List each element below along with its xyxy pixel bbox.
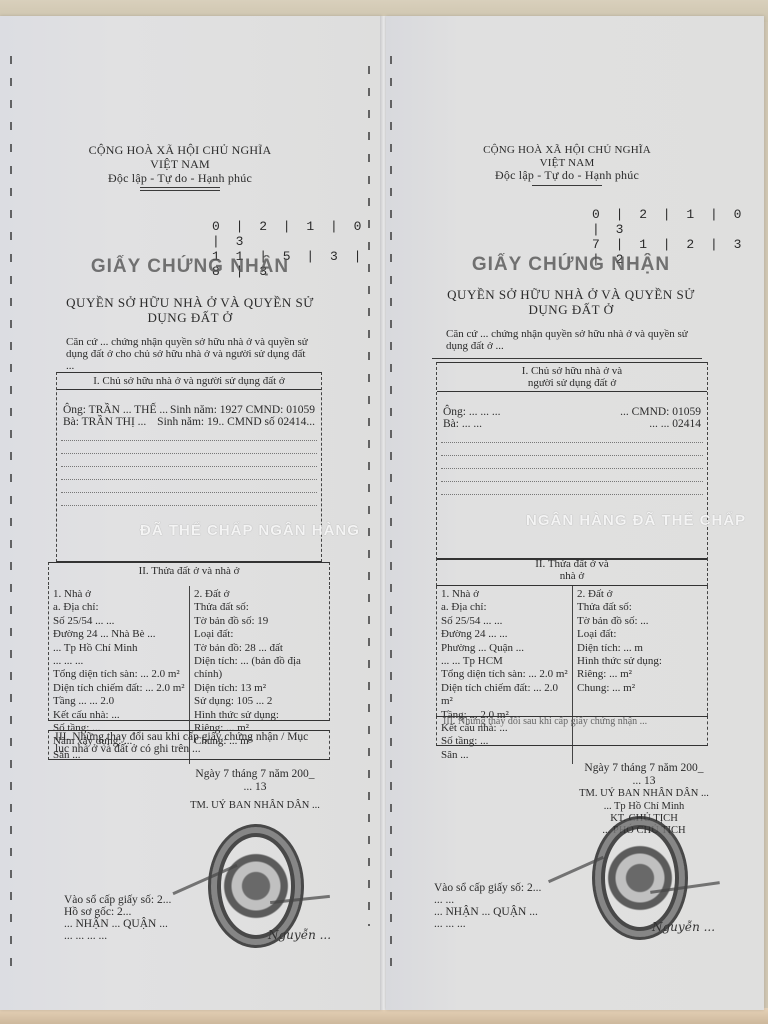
house-spec-line-5: ... ... Tp HCM (441, 655, 568, 668)
owner-2-details: Sinh năm: 19.. CMND số 02414... (157, 416, 315, 428)
owner-2-name: Bà: ... ... (443, 418, 482, 430)
house-spec-line-0: 1. Nhà ở (53, 588, 185, 601)
sign-authority-line-1: TM. UỶ BAN NHÂN DÂN ... (564, 788, 724, 800)
section-divider (432, 358, 702, 359)
certificate-title: GIẤY CHỨNG NHẬN QUYỀN SỞ HỮU NHÀ Ở VÀ QU… (50, 256, 330, 326)
owner-2-name: Bà: TRẦN THỊ ... (63, 416, 146, 428)
mortgage-watermark: NGÂN HÀNG ĐÃ THẾ CHẤP (526, 512, 746, 529)
owner-line-2: Bà: TRẦN THỊ ... Sinh năm: 19.. CMND số … (57, 416, 321, 428)
land-spec-line-3: Loại đất: (194, 628, 325, 641)
title-sub: QUYỀN SỞ HỮU NHÀ Ở VÀ QUYỀN SỬ DỤNG ĐẤT … (50, 296, 330, 326)
blank-line (441, 456, 703, 469)
owner-line-1: Ông: TRẦN ... THẾ ... Sinh năm: 1927 CMN… (57, 404, 321, 416)
owner-section: I. Chủ sở hữu nhà ở và người sử dụng đất… (436, 362, 708, 560)
certificate-title: GIẤY CHỨNG NHẬN QUYỀN SỞ HỮU NHÀ Ở VÀ QU… (436, 254, 706, 318)
blank-line (61, 467, 317, 480)
header-motto: Độc lập - Tự do - Hạnh phúc (80, 172, 280, 186)
sign-date-line-2: ... 13 (564, 775, 724, 788)
mortgage-watermark: ĐÃ THẾ CHẤP NGÂN HÀNG (140, 522, 360, 539)
house-spec-line-6: Tổng diện tích sàn: ... 2.0 m² (441, 668, 568, 681)
land-spec-line-7: Chung: ... m² (577, 682, 703, 695)
title-main: GIẤY CHỨNG NHẬN (436, 254, 706, 276)
header-underline (140, 187, 220, 188)
land-spec-line-2: Tờ bản đồ số: 19 (194, 615, 325, 628)
land-spec-line-3: Loại đất: (577, 628, 703, 641)
owner-section-header-line-1: I. Chủ sở hữu nhà ở và (437, 365, 707, 377)
house-spec-line-6: Tổng diện tích sàn: ... 2.0 m² (53, 668, 185, 681)
property-section-header: II. Thửa đất ở và nhà ở (49, 563, 329, 579)
preamble: Căn cứ ... chứng nhận quyền sở hữu nhà ở… (446, 328, 696, 352)
house-spec-line-7: Diện tích chiếm đất: ... 2.0 m² (441, 682, 568, 709)
property-specs: 1. Nhà ởa. Địa chỉ:Số 25/54 ... ...Đường… (436, 586, 708, 716)
tablecloth-bottom (0, 1008, 768, 1024)
owner-1-details: Sinh năm: 1927 CMND: 01059 (170, 404, 315, 416)
registry-line-2: ... ... (434, 894, 541, 906)
house-spec-line-5: ... ... ... (53, 655, 185, 668)
header-underline (532, 185, 602, 186)
land-spec-line-1: Thửa đất số: (577, 601, 703, 614)
header-motto: Độc lập - Tự do - Hạnh phúc (482, 169, 652, 183)
registry-block: Vào sổ cấp giấy số: 2... ... ... ... NHẬ… (434, 882, 541, 930)
owner-section-header: I. Chủ sở hữu nhà ở và người sử dụng đất… (437, 363, 707, 392)
title-main: GIẤY CHỨNG NHẬN (50, 256, 330, 278)
land-spec-line-6: Diện tích: 13 m² (194, 682, 325, 695)
perforation-left-edge (10, 56, 12, 976)
owner-section-header: I. Chủ sở hữu nhà ở và người sử dụng đất… (57, 373, 321, 390)
sign-date-line-2: ... 13 (180, 781, 330, 794)
house-spec-line-2: Số 25/54 ... ... (441, 615, 568, 628)
sign-authority: TM. UỶ BAN NHÂN DÂN ... (180, 800, 330, 812)
owner-1-name: Ông: ... ... ... (443, 406, 501, 418)
land-spec-line-4: Tờ bản đồ: 28 ... đất (194, 642, 325, 655)
perforation-left-edge (390, 56, 392, 976)
house-spec-line-4: ... Tp Hồ Chí Minh (53, 642, 185, 655)
registry-line-4: ... ... ... (434, 918, 541, 930)
blank-line (61, 428, 317, 441)
property-section-header-box: II. Thửa đất ở và nhà ở (436, 558, 708, 586)
serial-number-top: 0 | 2 | 1 | 0 | 3 (592, 208, 764, 238)
registry-line-1: Vào sổ cấp giấy số: 2... (64, 894, 171, 906)
signature: Nguyễn ... (652, 920, 715, 934)
house-spec-line-0: 1. Nhà ở (441, 588, 568, 601)
land-spec-line-0: 2. Đất ở (194, 588, 325, 601)
changes-note: III. Những thay đổi sau khi cấp giấy chứ… (49, 731, 329, 755)
serial-number-top: 0 | 2 | 1 | 0 | 3 (212, 220, 382, 250)
owner-2-details: ... ... 02414 (649, 418, 701, 430)
property-section-header-box: II. Thửa đất ở và nhà ở (48, 562, 330, 585)
national-header: CỘNG HOÀ XÃ HỘI CHỦ NGHĨA VIỆT NAM Độc l… (80, 144, 280, 193)
house-spec-line-8: Tầng ... ... 2.0 (53, 695, 185, 708)
preamble: Căn cứ ... chứng nhận quyền sở hữu nhà ở… (66, 336, 316, 372)
property-section-header-line-2: nhà ở (437, 571, 707, 583)
property-section-header-line-1: II. Thửa đất ở và (437, 559, 707, 571)
changes-note: III. Những thay đổi sau khi cấp giấy chứ… (437, 717, 707, 728)
sign-date-line-1: Ngày 7 tháng 7 năm 200_ (180, 768, 330, 781)
blank-line (441, 443, 703, 456)
registry-line-4: ... ... ... ... (64, 930, 171, 942)
house-spec-line-4: Phường ... Quận ... (441, 642, 568, 655)
property-specs: 1. Nhà ởa. Địa chỉ:Số 25/54 ... ...Đường… (48, 586, 330, 721)
land-spec-line-2: Tờ bản đồ số: ... (577, 615, 703, 628)
land-spec-line-5: Hình thức sử dụng: (577, 655, 703, 668)
header-line-1: CỘNG HOÀ XÃ HỘI CHỦ NGHĨA VIỆT NAM (482, 144, 652, 169)
registry-line-1: Vào sổ cấp giấy số: 2... (434, 882, 541, 894)
land-spec-line-7: Sử dụng: 105 ... 2 (194, 695, 325, 708)
registry-line-3: ... NHẬN ... QUẬN ... (64, 918, 171, 930)
house-spec-line-2: Số 25/54 ... ... (53, 615, 185, 628)
title-sub: QUYỀN SỞ HỮU NHÀ Ở VÀ QUYỀN SỬ DỤNG ĐẤT … (436, 288, 706, 318)
house-spec-line-3: Đường 24 ... Nhà Bè ... (53, 628, 185, 641)
owner-line-2: Bà: ... ... ... ... 02414 (437, 418, 707, 430)
blank-line (441, 482, 703, 495)
house-spec-line-1: a. Địa chỉ: (53, 601, 185, 614)
house-spec-line-1: a. Địa chỉ: (441, 601, 568, 614)
perforation-right-edge (368, 66, 370, 926)
blank-line (61, 480, 317, 493)
left-page: CỘNG HOÀ XÃ HỘI CHỦ NGHĨA VIỆT NAM Độc l… (0, 16, 382, 1010)
owner-line-1: Ông: ... ... ... ... CMND: 01059 (437, 406, 707, 418)
blank-line (441, 430, 703, 443)
signing-block: Ngày 7 tháng 7 năm 200_ ... 13 TM. UỶ BA… (180, 768, 330, 813)
registry-line-2: Hồ sơ gốc: 2... (64, 906, 171, 918)
registry-line-3: ... NHẬN ... QUẬN ... (434, 906, 541, 918)
owner-1-name: Ông: TRẦN ... THẾ ... (63, 404, 168, 416)
land-spec-line-6: Riêng: ... m² (577, 668, 703, 681)
right-page: CỘNG HOÀ XÃ HỘI CHỦ NGHĨA VIỆT NAM Độc l… (386, 16, 764, 1010)
blank-line (61, 493, 317, 506)
header-line-2: VIỆT NAM (80, 158, 280, 172)
house-spec-line-7: Diện tích chiếm đất: ... 2.0 m² (53, 682, 185, 695)
changes-note-box: III. Những thay đổi sau khi cấp giấy chứ… (436, 716, 708, 746)
owner-section-header-line-2: người sử dụng đất ở (437, 377, 707, 389)
signature: Nguyễn ... (268, 928, 331, 942)
land-spec-line-0: 2. Đất ở (577, 588, 703, 601)
house-spec-line-9: Kết cấu nhà: ... (53, 709, 185, 722)
land-spec-line-1: Thửa đất số: (194, 601, 325, 614)
land-spec-line-5: Diện tích: ... (bản đồ địa chính) (194, 655, 325, 682)
house-spec-line-3: Đường 24 ... ... (441, 628, 568, 641)
land-spec-line-8: Hình thức sử dụng: (194, 709, 325, 722)
sign-date-line-1: Ngày 7 tháng 7 năm 200_ (564, 762, 724, 775)
land-spec-line-4: Diện tích: ... m (577, 642, 703, 655)
header-line-1: CỘNG HOÀ XÃ HỘI CHỦ NGHĨA (80, 144, 280, 158)
house-spec-line-11: Sân ... (441, 749, 568, 762)
property-section-header: II. Thửa đất ở và nhà ở (437, 559, 707, 582)
blank-line (61, 441, 317, 454)
sign-authority-line-2: ... Tp Hồ Chí Minh (564, 801, 724, 813)
blank-line (441, 469, 703, 482)
national-header: CỘNG HOÀ XÃ HỘI CHỦ NGHĨA VIỆT NAM Độc l… (482, 144, 652, 188)
blank-line (61, 454, 317, 467)
header-underline-2 (140, 190, 220, 191)
registry-block: Vào sổ cấp giấy số: 2... Hồ sơ gốc: 2...… (64, 894, 171, 942)
changes-note-box: III. Những thay đổi sau khi cấp giấy chứ… (48, 730, 330, 760)
owner-1-details: ... CMND: 01059 (620, 406, 701, 418)
